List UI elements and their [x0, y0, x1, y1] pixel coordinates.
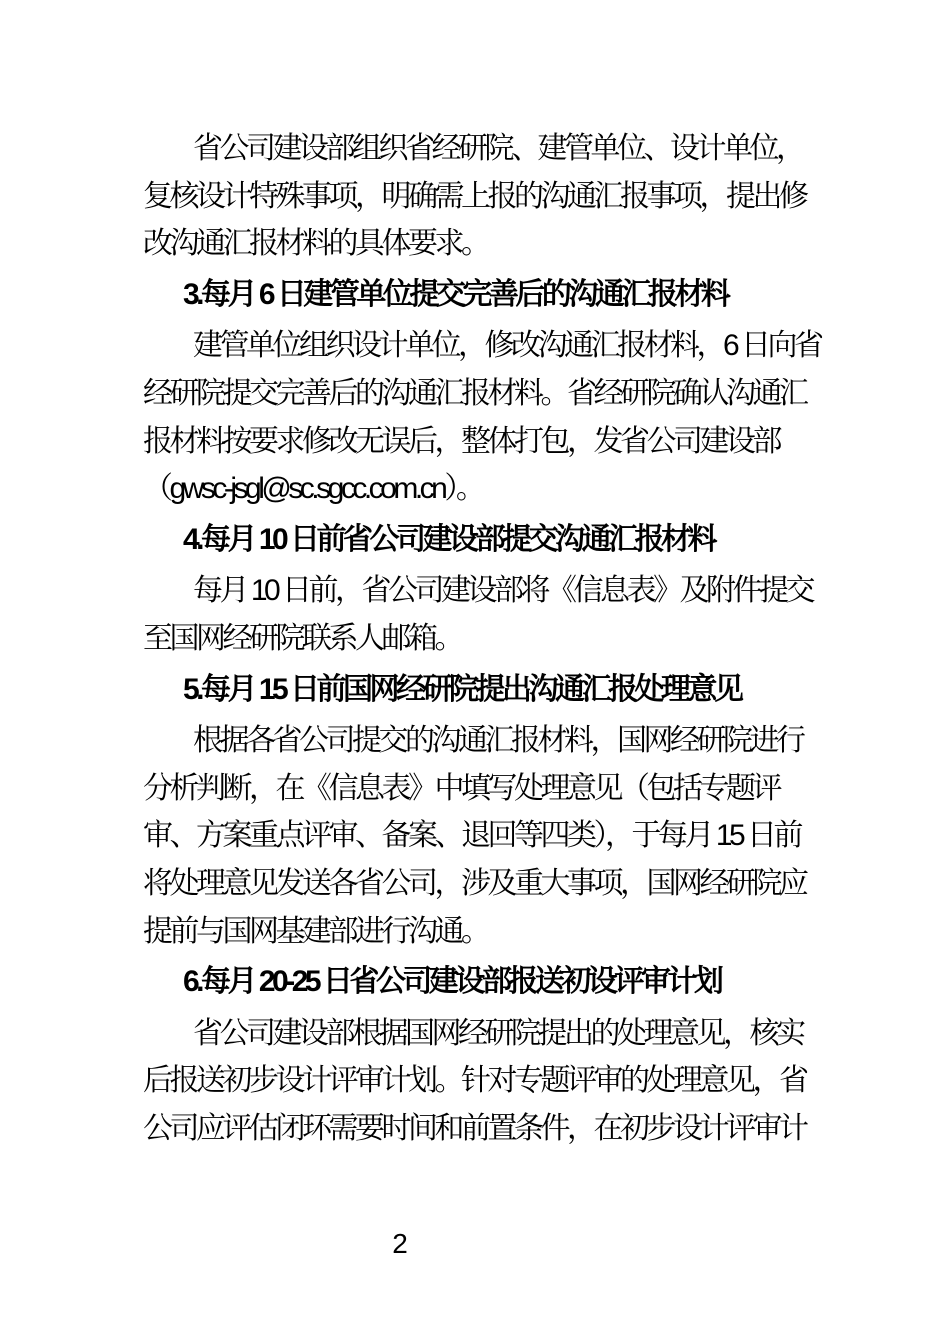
page-number: 2: [0, 1227, 800, 1261]
heading-step-3-submit-improved-materials: 3.每月 6 日建管单位提交完善后的沟通汇报材料: [143, 271, 863, 319]
heading-step-6-review-plan: 6.每月 20-25 日省公司建设部报送初设评审计划: [143, 958, 863, 1006]
heading-step-4-provincial-submit: 4.每月 10 日前省公司建设部提交沟通汇报材料: [143, 516, 863, 564]
document-body: 省公司建设部组织省经研院、建管单位、设计单位， 复核设计特殊事项，明确需上报的沟…: [143, 125, 863, 1152]
paragraph-review-special-items: 省公司建设部组织省经研院、建管单位、设计单位， 复核设计特殊事项，明确需上报的沟…: [143, 125, 863, 268]
paragraph-step-6-detail: 省公司建设部根据国网经研院提出的处理意见，核实 后报送初步设计评审计划。针对专题…: [143, 1010, 863, 1153]
paragraph-step-4-detail: 每月 10 日前，省公司建设部将《信息表》及附件提交 至国网经研院联系人邮箱。: [143, 567, 863, 662]
heading-step-5-sgcc-opinions: 5.每月 15 日前国网经研院提出沟通汇报处理意见: [143, 666, 863, 714]
document-page: 省公司建设部组织省经研院、建管单位、设计单位， 复核设计特殊事项，明确需上报的沟…: [0, 0, 950, 1344]
paragraph-step-3-detail: 建管单位组织设计单位，修改沟通汇报材料，6 日向省 经研院提交完善后的沟通汇报材…: [143, 322, 863, 512]
paragraph-step-5-detail: 根据各省公司提交的沟通汇报材料，国网经研院进行 分析判断，在《信息表》中填写处理…: [143, 717, 863, 955]
